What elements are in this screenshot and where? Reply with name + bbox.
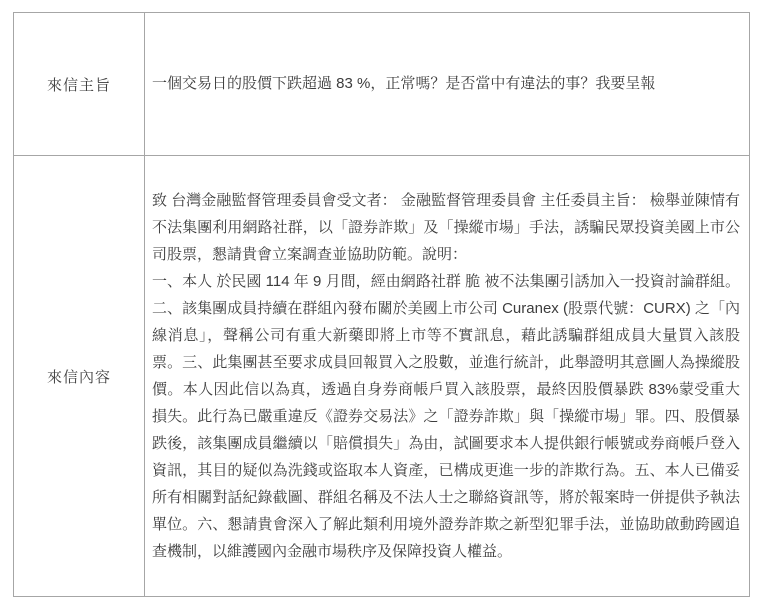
letter-paragraph-details: 一、本人 於民國 114 年 9 月間，經由網路社群 脆 被不法集團引誘加入一投…: [152, 268, 740, 565]
subject-row: 來信主旨 一個交易日的股價下跌超過 83 %，正常嗎？是否當中有違法的事？我要呈…: [14, 13, 750, 156]
letter-body: 致 台灣金融監督管理委員會受文者： 金融監督管理委員會 主任委員主旨： 檢舉並陳…: [145, 156, 750, 597]
page-background: 來信主旨 一個交易日的股價下跌超過 83 %，正常嗎？是否當中有違法的事？我要呈…: [0, 0, 764, 607]
content-row: 來信內容 致 台灣金融監督管理委員會受文者： 金融監督管理委員會 主任委員主旨：…: [14, 156, 750, 597]
letter-table: 來信主旨 一個交易日的股價下跌超過 83 %，正常嗎？是否當中有違法的事？我要呈…: [13, 12, 750, 597]
subject-content: 一個交易日的股價下跌超過 83 %，正常嗎？是否當中有違法的事？我要呈報: [145, 13, 750, 156]
letter-paragraph-intro: 致 台灣金融監督管理委員會受文者： 金融監督管理委員會 主任委員主旨： 檢舉並陳…: [152, 187, 740, 268]
subject-label: 來信主旨: [14, 13, 145, 156]
content-label: 來信內容: [14, 156, 145, 597]
